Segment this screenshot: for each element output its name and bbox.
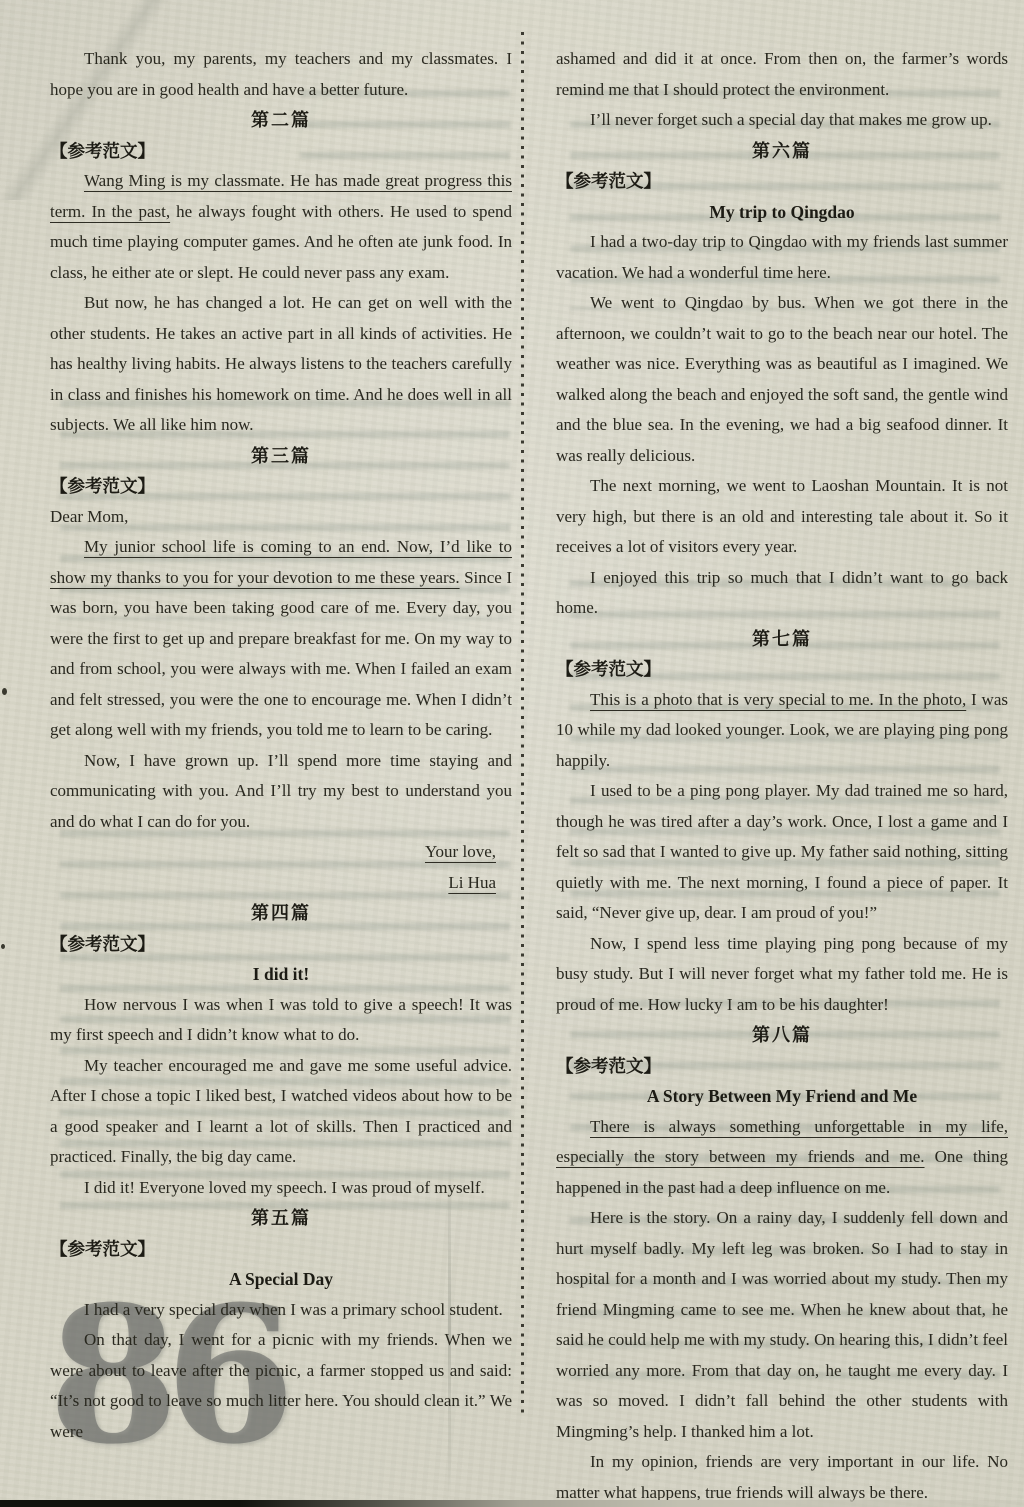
scanned-workbook-page: 86 Thank you, my parents, my teachers an…	[0, 0, 1024, 1507]
label-reference-essay: 【参考范文】	[50, 1234, 512, 1265]
essay6-paragraph-4: I enjoyed this trip so much that I didn’…	[556, 563, 1008, 624]
text-segment: Since I was born, you have been taking g…	[50, 568, 512, 740]
left-text-column: Thank you, my parents, my teachers and m…	[50, 44, 512, 1447]
essay7-paragraph-1: This is a photo that is very special to …	[556, 685, 1008, 777]
essay8-paragraph-1: There is always something unforgettable …	[556, 1112, 1008, 1204]
essay6-paragraph-2: We went to Qingdao by bus. When we got t…	[556, 288, 1008, 471]
essay1-closing-paragraph: Thank you, my parents, my teachers and m…	[50, 44, 512, 105]
essay7-paragraph-2: I used to be a ping pong player. My dad …	[556, 776, 1008, 929]
essay8-paragraph-2: Here is the story. On a rainy day, I sud…	[556, 1203, 1008, 1447]
title-essay-4: I did it!	[50, 959, 512, 990]
title-essay-5: A Special Day	[50, 1264, 512, 1295]
label-reference-essay: 【参考范文】	[50, 136, 512, 167]
essay3-paragraph-1: My junior school life is coming to an en…	[50, 532, 512, 746]
column-divider-dotted-line	[521, 32, 524, 1414]
underlined-text-segment: Li Hua	[448, 873, 496, 892]
label-reference-essay: 【参考范文】	[556, 1051, 1008, 1082]
essay5-paragraph-1: I had a very special day when I was a pr…	[50, 1295, 512, 1326]
essay6-paragraph-1: I had a two-day trip to Qingdao with my …	[556, 227, 1008, 288]
underlined-text-segment: My junior school life is coming to an en…	[50, 537, 512, 587]
ink-speck	[2, 688, 7, 695]
heading-essay-4: 第四篇	[50, 898, 512, 929]
title-essay-6: My trip to Qingdao	[556, 197, 1008, 228]
ink-speck	[1, 944, 5, 949]
heading-essay-2: 第二篇	[50, 105, 512, 136]
label-reference-essay: 【参考范文】	[556, 654, 1008, 685]
essay5-paragraph-2: On that day, I went for a picnic with my…	[50, 1325, 512, 1447]
essay4-paragraph-3: I did it! Everyone loved my speech. I wa…	[50, 1173, 512, 1204]
heading-essay-8: 第八篇	[556, 1020, 1008, 1051]
label-reference-essay: 【参考范文】	[50, 471, 512, 502]
essay6-paragraph-3: The next morning, we went to Laoshan Mou…	[556, 471, 1008, 563]
essay3-salutation: Dear Mom,	[50, 502, 512, 533]
essay2-paragraph-1: Wang Ming is my classmate. He has made g…	[50, 166, 512, 288]
title-essay-8: A Story Between My Friend and Me	[556, 1081, 1008, 1112]
essay4-paragraph-2: My teacher encouraged me and gave me som…	[50, 1051, 512, 1173]
essay8-paragraph-3: In my opinion, friends are very importan…	[556, 1447, 1008, 1507]
essay3-signoff-valediction: Your love,	[50, 837, 512, 868]
scan-edge-bar	[0, 1500, 1024, 1507]
essay7-paragraph-3: Now, I spend less time playing ping pong…	[556, 929, 1008, 1021]
essay2-paragraph-2: But now, he has changed a lot. He can ge…	[50, 288, 512, 441]
underlined-text-segment: Your love,	[425, 842, 496, 861]
right-text-column: ashamed and did it at once. From then on…	[556, 44, 1008, 1507]
label-reference-essay: 【参考范文】	[556, 166, 1008, 197]
heading-essay-3: 第三篇	[50, 441, 512, 472]
essay3-paragraph-2: Now, I have grown up. I’ll spend more ti…	[50, 746, 512, 838]
heading-essay-5: 第五篇	[50, 1203, 512, 1234]
essay5-paragraph-2-continued: ashamed and did it at once. From then on…	[556, 44, 1008, 105]
heading-essay-6: 第六篇	[556, 136, 1008, 167]
heading-essay-7: 第七篇	[556, 624, 1008, 655]
essay4-paragraph-1: How nervous I was when I was told to giv…	[50, 990, 512, 1051]
label-reference-essay: 【参考范文】	[50, 929, 512, 960]
essay3-signoff-name: Li Hua	[50, 868, 512, 899]
essay5-paragraph-3: I’ll never forget such a special day tha…	[556, 105, 1008, 136]
underlined-text-segment: This is a photo that is very special to …	[590, 690, 966, 709]
